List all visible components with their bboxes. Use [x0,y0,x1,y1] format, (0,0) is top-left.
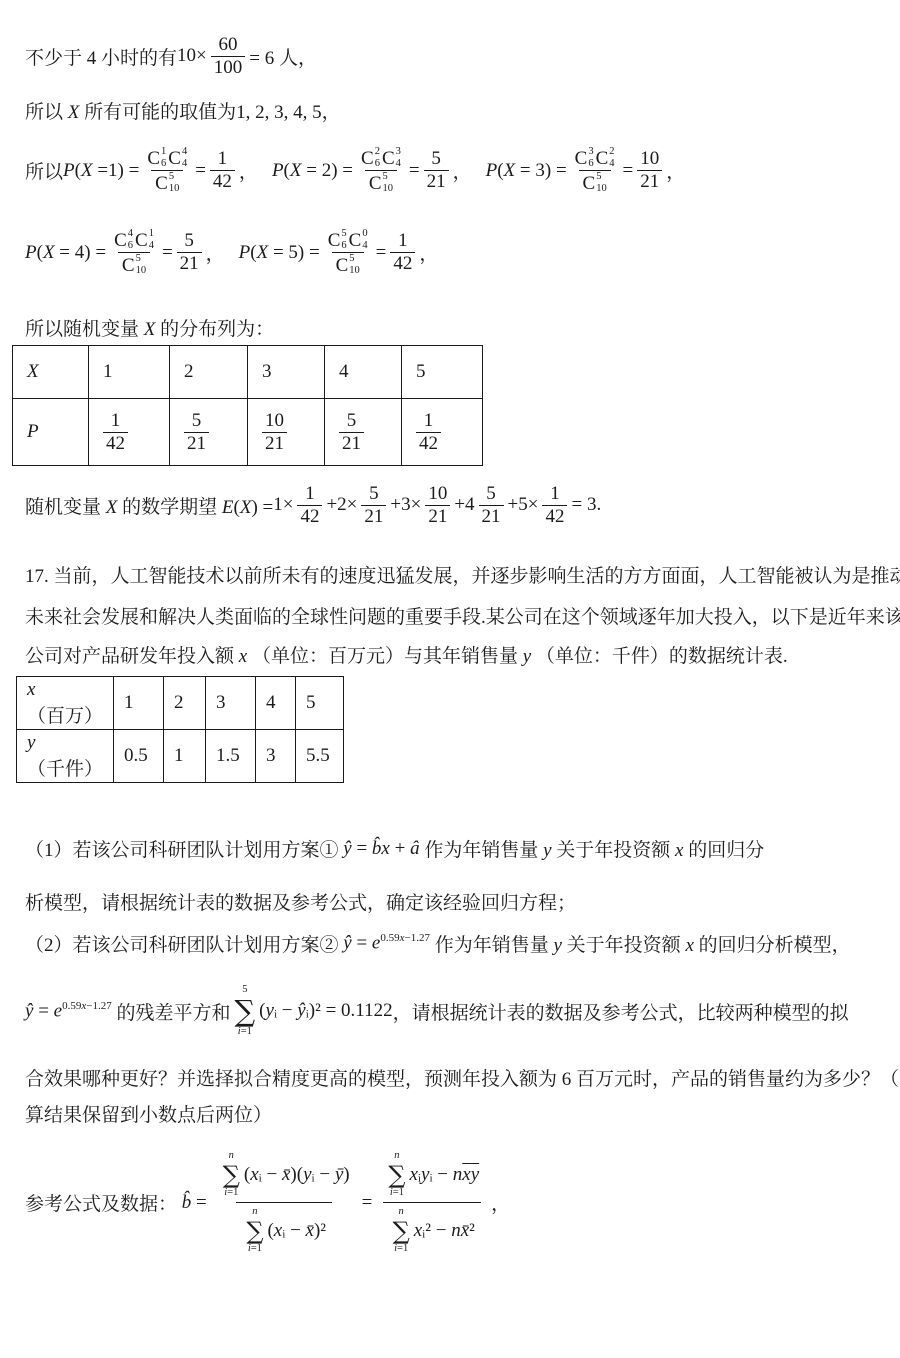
multiplier: 10× [177,45,207,67]
c-sub: 4 [182,158,187,170]
fraction-numerator: C46 C14 [110,228,158,252]
combination-fraction: C26 C34 C510 [357,146,405,195]
c-sub: 4 [396,158,401,170]
c-sub: 10 [136,265,147,277]
equals-sign: = [195,160,206,182]
data-statistics-table: x （百万） 1 2 3 4 5 y （千件） 0.5 1 1.5 3 5.5 [16,676,344,783]
sum-lower-limit: i=1 [394,1243,408,1256]
combination-symbol: C44 [168,146,187,170]
denominator: 21 [425,505,450,528]
exponential-model-formula: ŷ = e0.59x−1.27 [25,1000,112,1022]
denominator: 42 [416,432,441,455]
term-fraction: 1021 [425,483,450,528]
numerator: 10 [262,410,287,432]
residual-label: 的残差平方和 [112,998,231,1025]
c-glyph: C [575,149,588,168]
combination-symbol: C46 [114,228,133,252]
part-1-continue: 作为年销售量 y 关于年投资额 x 的回归分 [424,835,764,862]
term-coefficient: +5× [508,494,539,516]
combination-symbol: C56 [328,228,347,252]
formula-fraction-2: n∑i=1 xᵢyᵢ − nxy n∑i=1 xᵢ² − nx̄² [378,1150,485,1255]
separator: ， [666,157,685,184]
y-value-cell: 1.5 [206,730,256,783]
c-sup: 2 [609,146,614,158]
denominator: 21 [637,170,662,193]
c-glyph: C [349,231,362,250]
question-17-paragraph-line-2: 未来社会发展和解决人类面临的全球性问题的重要手段.某公司在这个领域逐年加大投入，… [25,602,900,629]
x-value-cell: 4 [256,677,296,730]
numerator: 5 [366,483,382,505]
numerator: 1 [108,410,124,432]
formula-lhs: P(X = 5) = [239,242,320,264]
denominator: 21 [339,432,364,455]
solution-line-count: 不少于 4 小时的有 10× 60 100 = 6 人， [25,34,317,79]
table-row-x: X 1 2 3 4 5 [13,346,483,399]
denominator: 42 [210,170,235,193]
c-sub: 4 [149,240,154,252]
combination-fraction: C46 C14 C510 [110,228,158,277]
sigma-glyph: ∑ [223,1163,240,1187]
table-row-x-invest: x （百万） 1 2 3 4 5 [17,677,344,730]
c-glyph: C [596,149,609,168]
xy-bar-term: xy [462,1164,479,1186]
c-sub: 10 [169,183,180,195]
numerator: 5 [344,410,360,432]
combination-fraction: C16 C44 C510 [143,146,191,195]
numerator: 10 [425,483,450,505]
y-label-cell: y （千件） [17,730,114,783]
c-glyph: C [155,174,168,193]
p-value-cell: 142 [89,399,170,466]
p-value-cell: 521 [325,399,402,466]
combination-fraction: C56 C04 C510 [324,228,372,277]
term-fraction: 521 [479,483,504,528]
combination-symbol: C510 [583,171,607,195]
c-sup: 5 [383,171,394,183]
combination-symbol: C510 [336,253,360,277]
x-label-cell: x （百万） [17,677,114,730]
fraction-numerator: 60 [215,34,240,56]
c-sup: 5 [596,171,607,183]
b-hat-lhs: b̂ = [177,1192,207,1214]
y-value-cell: 1 [164,730,206,783]
combination-symbol: C510 [122,253,146,277]
formula-tail: ， [491,1189,510,1216]
denominator: 42 [390,252,415,275]
c-sup: 5 [169,171,180,183]
prob-formula-2: P(X = 2) = C26 C34 C510 = 521 ， [272,146,486,195]
combination-symbol: C36 [575,146,594,170]
result-fraction: 142 [390,230,415,275]
reference-label: 参考公式及数据： [25,1189,177,1216]
numerator: 1 [302,483,318,505]
x-value-cell: 2 [164,677,206,730]
denominator: 21 [424,170,449,193]
part-2-intro: （2）若该公司科研团队计划用方案② [25,930,339,957]
x-value-cell: 1 [89,346,170,399]
question-end-line: 算结果保留到小数点后两位） [25,1100,272,1127]
separator: ， [453,157,472,184]
c-glyph: C [369,174,382,193]
c-glyph: C [122,256,135,275]
x-value-cell: 3 [248,346,325,399]
prob-formula-1: P(X =1) = C16 C44 C510 = 142 ， [63,146,272,195]
summation-symbol: 5 ∑ i=1 [234,984,255,1038]
numerator: 1 [215,148,231,170]
combination-symbol: C26 [361,146,380,170]
denominator: 21 [184,432,209,455]
distribution-intro: 所以随机变量 X 的分布列为： [25,314,274,341]
part-2-continue: 作为年销售量 y 关于年投资额 x 的回归分析模型， [430,930,851,957]
denominator-expression: xᵢ² − nx̄² [414,1220,475,1242]
expectation-lhs: 随机变量 X 的数学期望 E(X) = [25,492,273,519]
fraction-numerator: n∑i=1 (xᵢ − x̄)(yᵢ − ȳ) [213,1150,356,1202]
fraction-numerator: C36 C24 [571,146,619,170]
x-label-cell: X [13,346,89,399]
sigma-glyph: ∑ [393,1219,410,1243]
residual-line: ŷ = e0.59x−1.27 的残差平方和 5 ∑ i=1 (yᵢ − ŷᵢ)… [25,984,849,1038]
c-sup: 2 [375,146,380,158]
formula-exponent: 0.59x−1.27 [62,1000,112,1012]
expectation-result: = 3. [571,494,601,516]
equals-sign: = [362,1192,373,1214]
summation-symbol: n∑i=1 [388,1150,405,1199]
result-fraction: 142 [210,148,235,193]
c-sup: 1 [149,228,154,240]
question-continue-line: 合效果哪种更好？并选择拟合精度更高的模型，预测年投入额为 6 百万元时，产品的销… [25,1064,900,1091]
c-sup: 3 [588,146,593,158]
prob-formula-4: P(X = 4) = C46 C14 C510 = 521 ， [25,228,239,277]
c-sup: 1 [161,146,166,158]
x-value-cell: 4 [325,346,402,399]
combination-symbol: C24 [596,146,615,170]
x-value-cell: 1 [114,677,164,730]
formula-exponent: 0.59x−1.27 [380,932,430,944]
term-fraction: 142 [297,483,322,528]
denominator: 21 [479,505,504,528]
p-label-cell: P [13,399,89,466]
prob-formula-3: P(X = 3) = C36 C24 C510 = 1021 ， [486,146,686,195]
y-value-cell: 0.5 [114,730,164,783]
term-coefficient: +4 [454,494,474,516]
result-fraction: 521 [177,230,202,275]
c-glyph: C [114,231,127,250]
denominator: 42 [103,432,128,455]
fraction-numerator: C26 C34 [357,146,405,170]
c-sup: 0 [362,228,367,240]
numerator: 5 [181,230,197,252]
equals-sign: = [376,242,387,264]
sum-lower-limit: i=1 [238,1026,252,1039]
numerator: 5 [483,483,499,505]
regression-model-formula: ŷ = b̂x + â [339,838,425,860]
part-1-line-1: （1）若该公司科研团队计划用方案① ŷ = b̂x + â 作为年销售量 y 关… [25,835,764,862]
formula-base: ŷ = e [25,1000,62,1021]
term-fraction: 142 [542,483,567,528]
term-coefficient: +3× [390,494,421,516]
summation-symbol: n∑i=1 [393,1206,410,1255]
equals-sign: = [623,160,634,182]
combination-symbol: C510 [155,171,179,195]
c-sub: 10 [596,183,607,195]
formula-lhs: P(X = 4) = [25,242,106,264]
sum-lower-limit: i=1 [390,1187,404,1200]
numerator: 1 [395,230,411,252]
c-glyph: C [135,231,148,250]
formula-base: ŷ = e [339,933,381,954]
p-value-cell: 1021 [248,399,325,466]
part-1-intro: （1）若该公司科研团队计划用方案① [25,835,339,862]
x-value-cell: 2 [170,346,248,399]
sum-lower-limit: i=1 [248,1243,262,1256]
c-sub: 4 [362,240,367,252]
combination-fraction: C36 C24 C510 [571,146,619,195]
expectation-line: 随机变量 X 的数学期望 E(X) = 1× 142 +2× 521 +3× 1… [25,483,601,528]
summation-symbol: n∑i=1 [246,1206,263,1255]
formula-lhs: P(X = 3) = [486,160,567,182]
table-row-p: P 142 521 1021 521 142 [13,399,483,466]
text-before: 不少于 4 小时的有 [25,43,177,70]
c-sub: 4 [609,158,614,170]
c-glyph: C [361,149,374,168]
combination-symbol: C510 [369,171,393,195]
c-sub: 6 [375,158,380,170]
separator: ， [239,157,258,184]
fraction-denominator: C510 [365,170,397,195]
table-row-y-sales: y （千件） 0.5 1 1.5 3 5.5 [17,730,344,783]
c-sub: 6 [128,240,133,252]
formula-fraction-1: n∑i=1 (xᵢ − x̄)(yᵢ − ȳ) n∑i=1 (xᵢ − x̄)² [213,1150,356,1255]
equals-sign: = [162,242,173,264]
c-sub: 6 [588,158,593,170]
fraction-denominator: 100 [211,56,246,79]
fraction-denominator: C510 [332,252,364,277]
separator: ， [419,239,438,266]
c-sup: 4 [128,228,133,240]
numerator-expression: xᵢyᵢ − n [409,1164,462,1186]
summation-symbol: n∑i=1 [223,1150,240,1199]
c-sup: 5 [341,228,346,240]
c-glyph: C [583,174,596,193]
equals-sign: = [409,160,420,182]
numerator: 1 [421,410,437,432]
fraction-denominator: C510 [151,170,183,195]
y-value-cell: 5.5 [296,730,344,783]
fraction-numerator: n∑i=1 xᵢyᵢ − nxy [378,1150,485,1202]
numerator: 5 [189,410,205,432]
c-sub: 10 [349,265,360,277]
probability-row-2: P(X = 4) = C46 C14 C510 = 521 ， P(X = 5)… [25,228,438,277]
c-sub: 6 [161,158,166,170]
c-sup: 3 [396,146,401,158]
fraction-60-100: 60 100 [211,34,246,79]
formula-lhs: P(X =1) = [63,160,139,182]
y-value-cell: 3 [256,730,296,783]
combination-symbol: C14 [135,228,154,252]
fraction-denominator: n∑i=1 xᵢ² − nx̄² [383,1202,481,1255]
c-sub: 6 [341,240,346,252]
distribution-table: X 1 2 3 4 5 P 142 521 1021 521 142 [12,345,483,466]
c-sup: 4 [182,146,187,158]
exponential-model-formula: ŷ = e0.59x−1.27 [339,932,430,954]
denominator: 21 [177,252,202,275]
reference-formula-line: 参考公式及数据： b̂ = n∑i=1 (xᵢ − x̄)(yᵢ − ȳ) n∑… [25,1150,510,1255]
numerator: 5 [428,148,444,170]
question-17-paragraph-line-3: 公司对产品研发年投入额 x （单位：百万元）与其年销售量 y （单位：千件）的数… [25,641,788,668]
sum-lower-limit: i=1 [224,1187,238,1200]
denominator: 21 [262,432,287,455]
c-glyph: C [328,231,341,250]
formula-lhs: P(X = 2) = [272,160,353,182]
question-17-paragraph-line-1: 17. 当前，人工智能技术以前所未有的速度迅猛发展，并逐步影响生活的方方面面，人… [25,561,900,588]
c-glyph: C [168,149,181,168]
combination-symbol: C16 [147,146,166,170]
term-coefficient: 1× [273,494,293,516]
term-coefficient: +2× [326,494,357,516]
x-value-cell: 5 [296,677,344,730]
fraction-denominator: n∑i=1 (xᵢ − x̄)² [236,1202,332,1255]
c-sub: 10 [383,183,394,195]
fraction-denominator: C510 [118,252,150,277]
denominator: 42 [297,505,322,528]
denominator: 21 [361,505,386,528]
c-glyph: C [336,256,349,275]
lead-text: 所以 [25,157,63,184]
document-page: 不少于 4 小时的有 10× 60 100 = 6 人， 所以 X 所有可能的取… [0,0,900,1358]
denominator: 42 [542,505,567,528]
p-value-cell: 521 [170,399,248,466]
fraction-numerator: C56 C04 [324,228,372,252]
separator: ， [206,239,225,266]
numerator: 1 [547,483,563,505]
part-2-line-1: （2）若该公司科研团队计划用方案② ŷ = e0.59x−1.27 作为年销售量… [25,930,851,957]
result-fraction: 521 [424,148,449,193]
numerator-expression: (xᵢ − x̄)(yᵢ − ȳ) [244,1164,350,1186]
sigma-glyph: ∑ [246,1219,263,1243]
numerator: 10 [637,148,662,170]
x-value-cell: 3 [206,677,256,730]
result-fraction: 1021 [637,148,662,193]
fraction-denominator: C510 [579,170,611,195]
c-glyph: C [382,149,395,168]
c-glyph: C [147,149,160,168]
c-sup: 5 [136,253,147,265]
probability-row-1: 所以 P(X =1) = C16 C44 C510 = 142 ， P(X = … [25,146,685,195]
x-value-cell: 5 [402,346,483,399]
combination-symbol: C34 [382,146,401,170]
sigma-glyph: ∑ [234,997,255,1026]
solution-line-values: 所以 X 所有可能的取值为1, 2, 3, 4, 5， [25,97,341,124]
prob-formula-5: P(X = 5) = C56 C04 C510 = 142 ， [239,228,439,277]
combination-symbol: C04 [349,228,368,252]
residual-expression: (yᵢ − ŷᵢ)² = 0.1122 [259,1000,392,1022]
text-after: = 6 人， [249,43,317,70]
denominator-expression: (xᵢ − x̄)² [267,1220,326,1242]
part-1-line-2: 析模型，请根据统计表的数据及参考公式，确定该经验回归方程； [25,888,576,915]
term-fraction: 521 [361,483,386,528]
c-sup: 5 [349,253,360,265]
p-value-cell: 142 [402,399,483,466]
residual-continue: ，请根据统计表的数据及参考公式，比较两种模型的拟 [393,998,849,1025]
sigma-glyph: ∑ [388,1163,405,1187]
fraction-numerator: C16 C44 [143,146,191,170]
